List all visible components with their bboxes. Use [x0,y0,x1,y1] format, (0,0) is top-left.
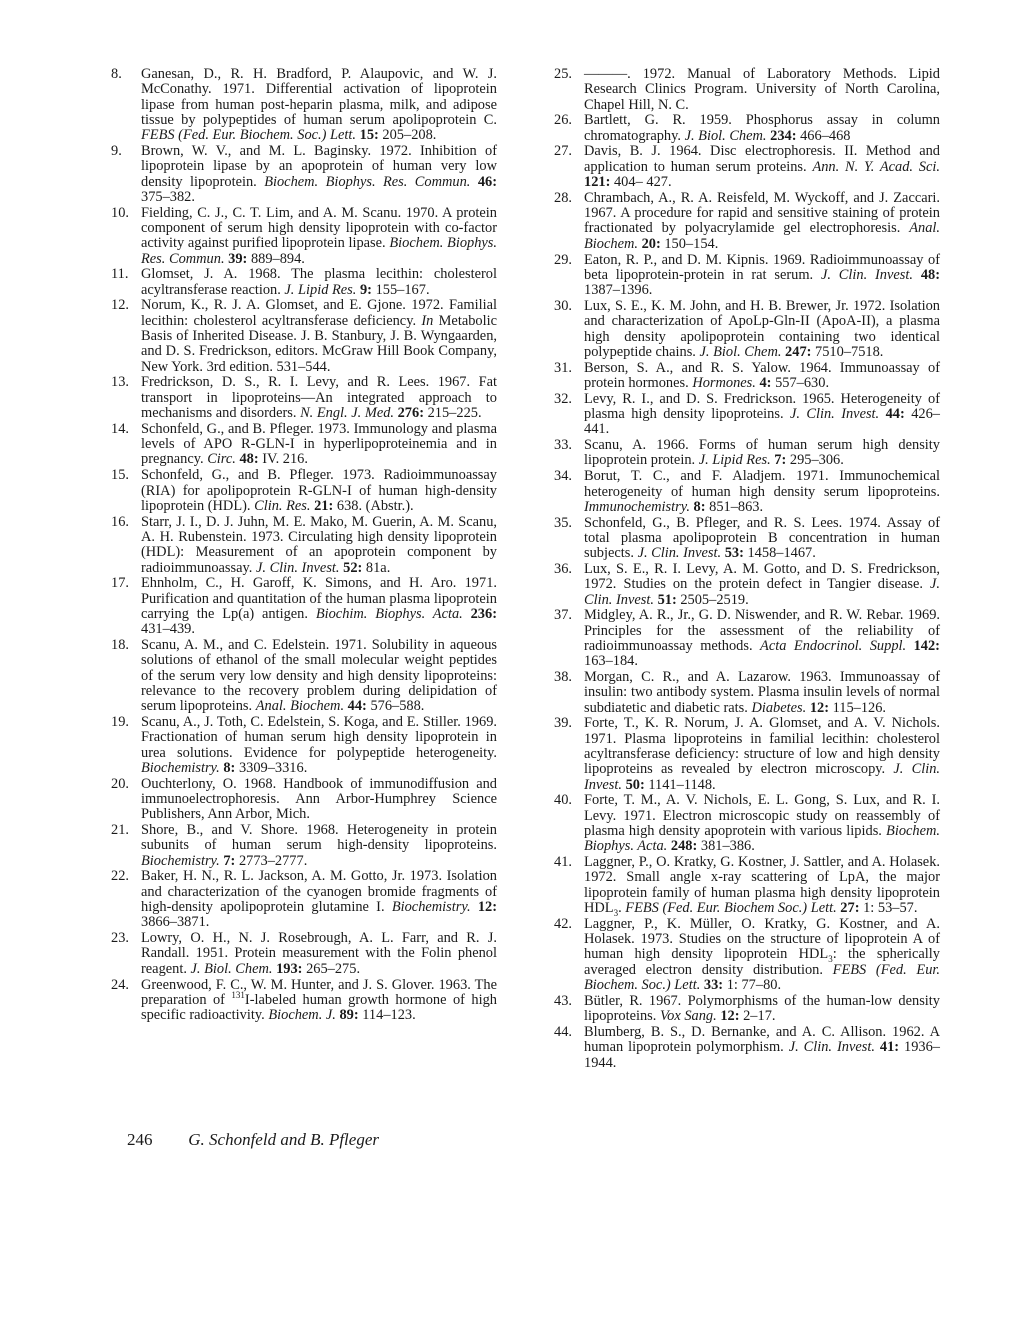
reference-number: 32. [554,392,580,407]
reference-text: Berson, S. A., and R. S. Yalow. 1964. Im… [584,360,940,391]
reference-entry: 9.Brown, W. V., and M. L. Baginsky. 1972… [117,144,497,205]
reference-text: Bartlett, G. R. 1959. Phosphorus assay i… [584,112,940,143]
reference-text: Schonfeld, G., and B. Pfleger. 1973. Imm… [141,421,497,468]
reference-text: Laggner, P., K. Müller, O. Kratky, G. Ko… [584,916,940,993]
reference-text: Chrambach, A., R. A. Reisfeld, M. Wyckof… [584,190,940,252]
reference-entry: 26.Bartlett, G. R. 1959. Phosphorus assa… [560,113,940,144]
reference-number: 35. [554,516,580,531]
reference-entry: 41.Laggner, P., O. Kratky, G. Kostner, J… [560,855,940,916]
reference-text: Brown, W. V., and M. L. Baginsky. 1972. … [141,143,497,205]
reference-entry: 17.Ehnholm, C., H. Garoff, K. Simons, an… [117,576,497,637]
reference-number: 34. [554,469,580,484]
reference-number: 42. [554,917,580,932]
reference-number: 39. [554,716,580,731]
reference-entry: 27.Davis, B. J. 1964. Disc electrophores… [560,144,940,190]
reference-number: 16. [111,515,137,530]
reference-entry: 10.Fielding, C. J., C. T. Lim, and A. M.… [117,206,497,267]
reference-entry: 44.Blumberg, B. S., D. Bernanke, and A. … [560,1025,940,1071]
references-right-column: 25.———. 1972. Manual of Laboratory Metho… [560,67,940,1071]
reference-text: Ouchterlony, O. 1968. Handbook of immuno… [141,776,497,823]
reference-number: 44. [554,1025,580,1040]
reference-number: 40. [554,793,580,808]
reference-entry: 14.Schonfeld, G., and B. Pfleger. 1973. … [117,422,497,468]
reference-text: Scanu, A., J. Toth, C. Edelstein, S. Kog… [141,714,497,776]
reference-number: 37. [554,608,580,623]
reference-entry: 19.Scanu, A., J. Toth, C. Edelstein, S. … [117,715,497,776]
reference-number: 22. [111,869,137,884]
reference-entry: 18.Scanu, A. M., and C. Edelstein. 1971.… [117,638,497,714]
reference-entry: 37.Midgley, A. R., Jr., G. D. Niswender,… [560,608,940,669]
reference-entry: 15.Schonfeld, G., and B. Pfleger. 1973. … [117,468,497,514]
reference-entry: 38.Morgan, C. R., and A. Lazarow. 1963. … [560,670,940,716]
reference-text: Forte, T. M., A. V. Nichols, E. L. Gong,… [584,792,940,854]
page-number: 246 [127,1130,184,1150]
reference-text: Norum, K., R. J. A. Glomset, and E. Gjon… [141,297,497,374]
reference-number: 8. [111,67,137,82]
reference-number: 24. [111,978,137,993]
reference-number: 11. [111,267,137,282]
reference-entry: 23.Lowry, O. H., N. J. Rosebrough, A. L.… [117,931,497,977]
reference-text: Lux, S. E., K. M. John, and H. B. Brewer… [584,298,940,360]
reference-text: Morgan, C. R., and A. Lazarow. 1963. Imm… [584,669,940,716]
reference-text: Lowry, O. H., N. J. Rosebrough, A. L. Fa… [141,930,497,977]
reference-text: Shore, B., and V. Shore. 1968. Heterogen… [141,822,497,869]
reference-text: ———. 1972. Manual of Laboratory Methods.… [584,66,940,113]
reference-text: Levy, R. I., and D. S. Fredrickson. 1965… [584,391,940,438]
reference-entry: 35.Schonfeld, G., B. Pfleger, and R. S. … [560,516,940,562]
reference-number: 17. [111,576,137,591]
reference-entry: 16.Starr, J. I., D. J. Juhn, M. E. Mako,… [117,515,497,576]
reference-number: 38. [554,670,580,685]
reference-entry: 8.Ganesan, D., R. H. Bradford, P. Alaupo… [117,67,497,143]
reference-entry: 13.Fredrickson, D. S., R. I. Levy, and R… [117,375,497,421]
reference-number: 29. [554,253,580,268]
reference-number: 36. [554,562,580,577]
reference-text: Scanu, A. 1966. Forms of human serum hig… [584,437,940,468]
reference-entry: 30.Lux, S. E., K. M. John, and H. B. Bre… [560,299,940,360]
reference-number: 15. [111,468,137,483]
reference-entry: 28.Chrambach, A., R. A. Reisfeld, M. Wyc… [560,191,940,252]
reference-text: Ganesan, D., R. H. Bradford, P. Alaupovi… [141,66,497,143]
reference-text: Lux, S. E., R. I. Levy, A. M. Gotto, and… [584,561,940,608]
reference-text: Bütler, R. 1967. Polymorphisms of the hu… [584,993,940,1024]
reference-number: 28. [554,191,580,206]
reference-entry: 40.Forte, T. M., A. V. Nichols, E. L. Go… [560,793,940,854]
reference-text: Greenwood, F. C., W. M. Hunter, and J. S… [141,977,497,1024]
reference-number: 10. [111,206,137,221]
reference-entry: 29.Eaton, R. P., and D. M. Kipnis. 1969.… [560,253,940,299]
reference-text: Ehnholm, C., H. Garoff, K. Simons, and H… [141,575,497,637]
reference-number: 30. [554,299,580,314]
reference-entry: 34.Borut, T. C., and F. Aladjem. 1971. I… [560,469,940,515]
reference-text: Baker, H. N., R. L. Jackson, A. M. Gotto… [141,868,497,930]
reference-text: Borut, T. C., and F. Aladjem. 1971. Immu… [584,468,940,515]
reference-entry: 24.Greenwood, F. C., W. M. Hunter, and J… [117,978,497,1024]
reference-text: Forte, T., K. R. Norum, J. A. Glomset, a… [584,715,940,792]
reference-entry: 33.Scanu, A. 1966. Forms of human serum … [560,438,940,469]
reference-entry: 21.Shore, B., and V. Shore. 1968. Hetero… [117,823,497,869]
reference-entry: 20.Ouchterlony, O. 1968. Handbook of imm… [117,777,497,823]
reference-text: Scanu, A. M., and C. Edelstein. 1971. So… [141,637,497,714]
reference-number: 18. [111,638,137,653]
page-footer: 246 G. Schonfeld and B. Pfleger [127,1130,379,1150]
reference-entry: 25.———. 1972. Manual of Laboratory Metho… [560,67,940,113]
running-authors: G. Schonfeld and B. Pfleger [188,1130,379,1149]
reference-number: 9. [111,144,137,159]
reference-number: 43. [554,994,580,1009]
reference-entry: 36.Lux, S. E., R. I. Levy, A. M. Gotto, … [560,562,940,608]
reference-entry: 32.Levy, R. I., and D. S. Fredrickson. 1… [560,392,940,438]
reference-entry: 39.Forte, T., K. R. Norum, J. A. Glomset… [560,716,940,792]
reference-text: Fredrickson, D. S., R. I. Levy, and R. L… [141,374,497,421]
references-left-column: 8.Ganesan, D., R. H. Bradford, P. Alaupo… [117,67,497,1024]
reference-text: Glomset, J. A. 1968. The plasma lecithin… [141,266,497,297]
reference-entry: 31.Berson, S. A., and R. S. Yalow. 1964.… [560,361,940,392]
reference-text: Laggner, P., O. Kratky, G. Kostner, J. S… [584,854,940,916]
reference-text: Blumberg, B. S., D. Bernanke, and A. C. … [584,1024,940,1071]
reference-entry: 42.Laggner, P., K. Müller, O. Kratky, G.… [560,917,940,993]
reference-number: 41. [554,855,580,870]
reference-number: 14. [111,422,137,437]
reference-entry: 22.Baker, H. N., R. L. Jackson, A. M. Go… [117,869,497,930]
reference-text: Starr, J. I., D. J. Juhn, M. E. Mako, M.… [141,514,497,576]
reference-entry: 12.Norum, K., R. J. A. Glomset, and E. G… [117,298,497,374]
reference-number: 20. [111,777,137,792]
reference-number: 31. [554,361,580,376]
reference-number: 33. [554,438,580,453]
reference-number: 23. [111,931,137,946]
reference-text: Eaton, R. P., and D. M. Kipnis. 1969. Ra… [584,252,940,299]
reference-number: 27. [554,144,580,159]
reference-text: Schonfeld, G., B. Pfleger, and R. S. Lee… [584,515,940,562]
reference-text: Schonfeld, G., and B. Pfleger. 1973. Rad… [141,467,497,514]
reference-number: 19. [111,715,137,730]
reference-text: Midgley, A. R., Jr., G. D. Niswender, an… [584,607,940,669]
reference-text: Davis, B. J. 1964. Disc electrophoresis.… [584,143,940,190]
reference-number: 25. [554,67,580,82]
reference-entry: 11.Glomset, J. A. 1968. The plasma lecit… [117,267,497,298]
reference-text: Fielding, C. J., C. T. Lim, and A. M. Sc… [141,205,497,267]
reference-number: 26. [554,113,580,128]
reference-number: 21. [111,823,137,838]
reference-entry: 43.Bütler, R. 1967. Polymorphisms of the… [560,994,940,1025]
reference-number: 12. [111,298,137,313]
reference-number: 13. [111,375,137,390]
